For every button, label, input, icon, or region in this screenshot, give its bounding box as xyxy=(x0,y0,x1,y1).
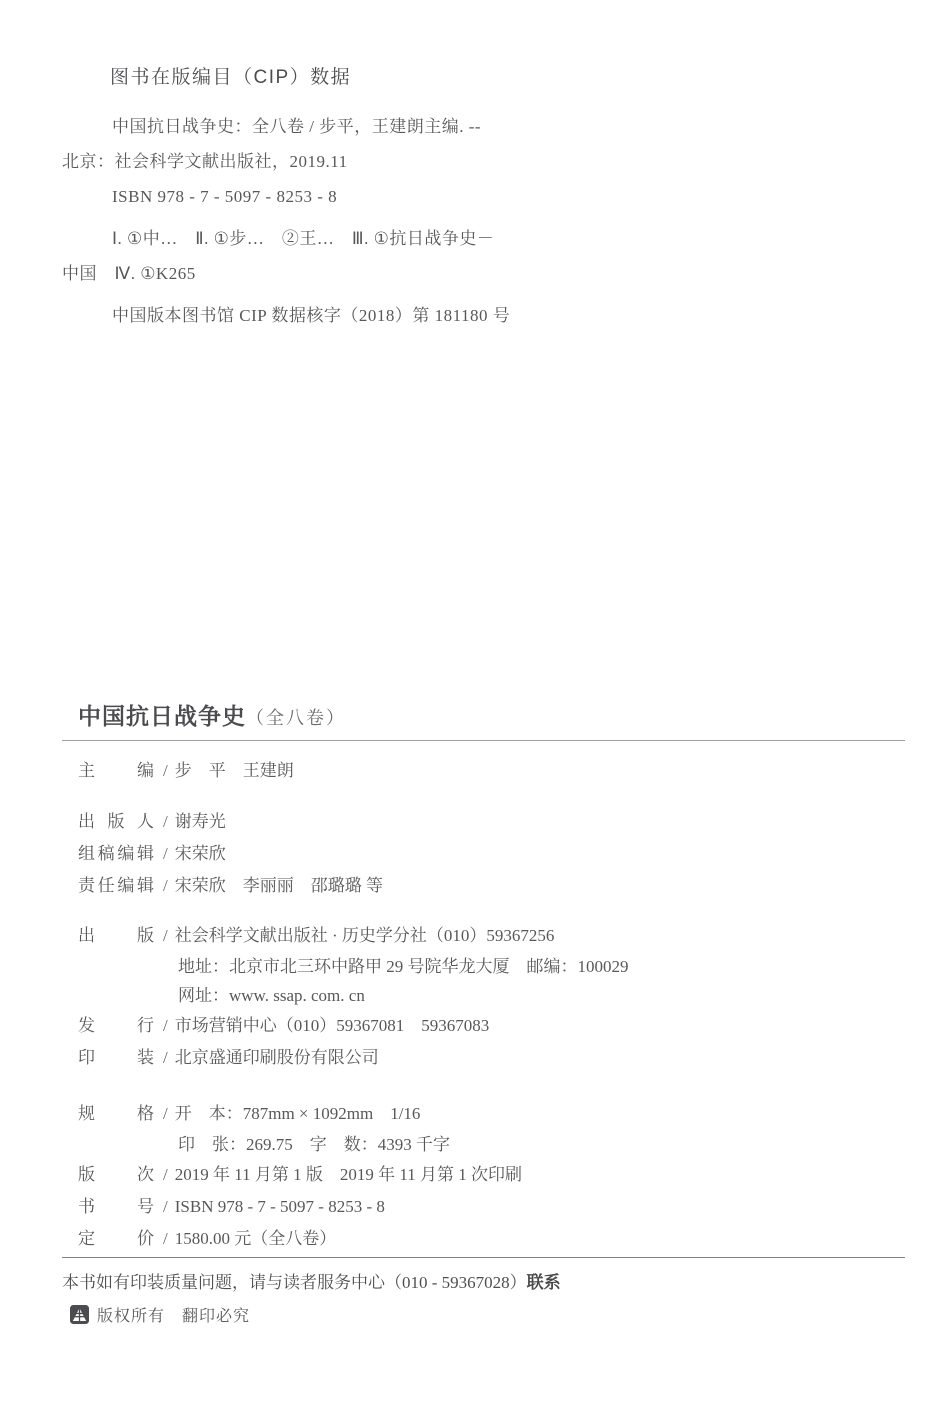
colophon-row-format: 规格/开 本：787mm × 1092mm 1/16 xyxy=(78,1098,878,1130)
row-label: 发行 xyxy=(78,1010,154,1042)
cip-line: ISBN 978 - 7 - 5097 - 8253 - 8 xyxy=(62,179,662,214)
row-label: 组稿编辑 xyxy=(78,838,154,870)
row-value: 2019 年 11 月第 1 版 2019 年 11 月第 1 次印刷 xyxy=(175,1165,522,1184)
label-separator: / xyxy=(154,761,175,780)
row-value: 1580.00 元（全八卷） xyxy=(175,1229,337,1248)
label-separator: / xyxy=(154,1104,175,1123)
label-separator: / xyxy=(154,876,175,895)
cip-line: Ⅰ. ①中… Ⅱ. ①步… ②王… Ⅲ. ①抗日战争史－ xyxy=(62,221,662,256)
row-value: ISBN 978 - 7 - 5097 - 8253 - 8 xyxy=(175,1197,385,1216)
row-label: 主编 xyxy=(78,755,154,787)
title-divider xyxy=(62,740,905,741)
row-label: 规格 xyxy=(78,1098,154,1130)
copyright-line: 版权所有 翻印必究 xyxy=(70,1303,250,1326)
colophon-row-isbn: 书号/ISBN 978 - 7 - 5097 - 8253 - 8 xyxy=(78,1191,878,1223)
footer-divider xyxy=(62,1257,905,1258)
colophon-row-publisher: 出版/社会科学文献出版社 · 历史学分社（010）59367256 xyxy=(78,920,878,952)
cip-line: 中国 Ⅳ. ①K265 xyxy=(62,256,662,291)
cip-line: 中国抗日战争史：全八卷 / 步平，王建朗主编. -- xyxy=(62,109,662,144)
row-value: 开 本：787mm × 1092mm 1/16 xyxy=(175,1104,421,1123)
row-value: 宋荣欣 李丽丽 邵璐璐 等 xyxy=(175,876,383,895)
colophon-row-responsible-editor: 责任编辑/宋荣欣 李丽丽 邵璐璐 等 xyxy=(78,870,878,902)
row-label: 出版人 xyxy=(78,806,154,838)
colophon-row-distribution: 发行/市场营销中心（010）59367081 59367083 xyxy=(78,1010,878,1042)
label-separator: / xyxy=(154,1229,175,1248)
cip-heading: 图书在版编目（CIP）数据 xyxy=(110,62,662,89)
row-value: 市场营销中心（010）59367081 59367083 xyxy=(175,1016,490,1035)
book-title-main: 中国抗日战争史 xyxy=(78,703,246,729)
cip-line: 中国版本图书馆 CIP 数据核字（2018）第 181180 号 xyxy=(62,298,662,333)
row-label: 责任编辑 xyxy=(78,870,154,902)
label-separator: / xyxy=(154,1048,175,1067)
colophon-row-chief-editor: 主编/步 平 王建朗 xyxy=(78,755,878,787)
label-separator: / xyxy=(154,812,175,831)
label-separator: / xyxy=(154,1197,175,1216)
quality-notice-text: 本书如有印装质量问题，请与读者服务中心（010 - 59367028） xyxy=(62,1273,527,1292)
colophon-row-printing: 印装/北京盛通印刷股份有限公司 xyxy=(78,1042,878,1074)
format-sheets-wordcount: 印 张：269.75 字 数：4393 千字 xyxy=(78,1130,878,1159)
quality-notice: 本书如有印装质量问题，请与读者服务中心（010 - 59367028）联系 xyxy=(62,1266,561,1300)
label-separator: / xyxy=(154,1165,175,1184)
label-separator: / xyxy=(154,926,175,945)
row-value: 北京盛通印刷股份有限公司 xyxy=(175,1048,379,1067)
book-copyright-page: 图书在版编目（CIP）数据 中国抗日战争史：全八卷 / 步平，王建朗主编. --… xyxy=(0,0,927,1419)
row-label: 印装 xyxy=(78,1042,154,1074)
row-value: 步 平 王建朗 xyxy=(175,761,294,780)
row-value: 谢寿光 xyxy=(175,812,226,831)
colophon-row-price: 定价/1580.00 元（全八卷） xyxy=(78,1223,878,1255)
row-label: 定价 xyxy=(78,1223,154,1255)
cip-block: 图书在版编目（CIP）数据 中国抗日战争史：全八卷 / 步平，王建朗主编. --… xyxy=(62,62,662,333)
quality-notice-emphasis: 联系 xyxy=(527,1273,561,1292)
cip-line: 北京：社会科学文献出版社，2019.11 xyxy=(62,144,662,179)
row-label: 版次 xyxy=(78,1159,154,1191)
book-title: 中国抗日战争史（全八卷） xyxy=(78,698,346,731)
copyright-text: 版权所有 翻印必究 xyxy=(97,1303,250,1326)
colophon: 主编/步 平 王建朗 出版人/谢寿光 组稿编辑/宋荣欣 责任编辑/宋荣欣 李丽丽… xyxy=(78,755,878,1255)
publisher-website: 网址：www. ssap. com. cn xyxy=(78,981,878,1010)
row-label: 书号 xyxy=(78,1191,154,1223)
row-value: 宋荣欣 xyxy=(175,844,226,863)
colophon-row-commissioning-editor: 组稿编辑/宋荣欣 xyxy=(78,838,878,870)
row-value: 社会科学文献出版社 · 历史学分社（010）59367256 xyxy=(175,926,555,945)
label-separator: / xyxy=(154,1016,175,1035)
label-separator: / xyxy=(154,844,175,863)
publisher-logo-icon xyxy=(70,1305,89,1324)
book-title-subtitle: （全八卷） xyxy=(246,708,346,728)
publisher-address: 地址：北京市北三环中路甲 29 号院华龙大厦 邮编：100029 xyxy=(78,952,878,981)
colophon-row-publisher-person: 出版人/谢寿光 xyxy=(78,806,878,838)
row-label: 出版 xyxy=(78,920,154,952)
colophon-row-edition: 版次/2019 年 11 月第 1 版 2019 年 11 月第 1 次印刷 xyxy=(78,1159,878,1191)
